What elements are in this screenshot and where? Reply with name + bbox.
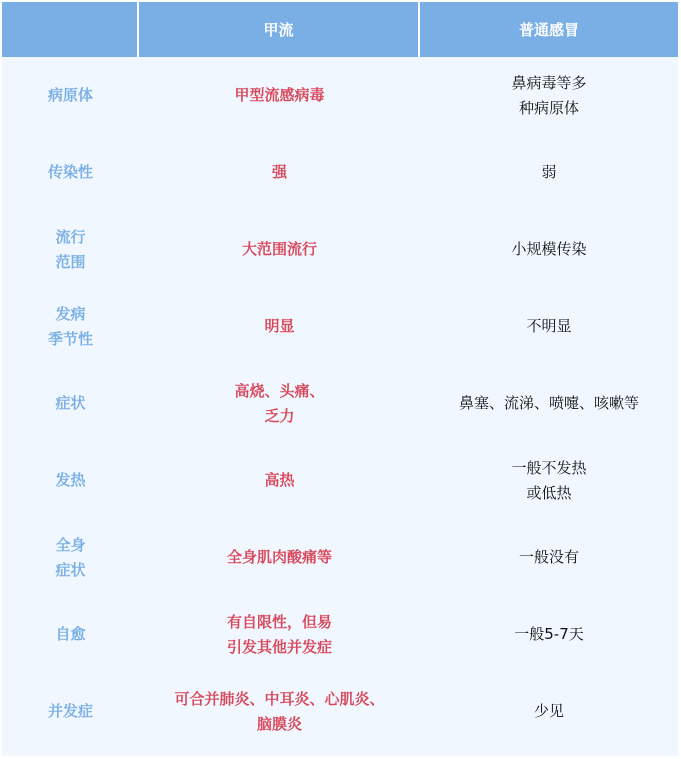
header-cold: 普通感冒 [420,2,678,57]
row-label: 全身 症状 [2,519,139,596]
row-label: 发热 [2,442,139,519]
header-flu: 甲流 [139,2,420,57]
cold-value: 一般不发热 或低热 [420,442,678,519]
row-label: 症状 [2,365,139,442]
flu-value: 甲型流感病毒 [139,57,420,134]
row-label: 自愈 [2,596,139,673]
table-row: 发热 高热 一般不发热 或低热 [2,442,678,519]
table-row: 症状 高烧、头痛、 乏力 鼻塞、流涕、喷嚏、咳嗽等 [2,365,678,442]
table-row: 流行 范围 大范围流行 小规模传染 [2,211,678,288]
table-row: 全身 症状 全身肌肉酸痛等 一般没有 [2,519,678,596]
flu-value: 可合并肺炎、中耳炎、心肌炎、 脑膜炎 [139,673,420,750]
cold-value: 一般没有 [420,519,678,596]
cold-value: 鼻塞、流涕、喷嚏、咳嗽等 [420,365,678,442]
flu-value: 全身肌肉酸痛等 [139,519,420,596]
cold-value: 弱 [420,134,678,211]
cold-value: 一般5-7天 [420,596,678,673]
row-label: 传染性 [2,134,139,211]
cold-value: 不明显 [420,288,678,365]
row-label: 并发症 [2,673,139,750]
cold-value: 鼻病毒等多 种病原体 [420,57,678,134]
flu-value: 有自限性，但易 引发其他并发症 [139,596,420,673]
header-empty [2,2,139,57]
cold-value: 少见 [420,673,678,750]
table-row: 传染性 强 弱 [2,134,678,211]
row-label: 发病 季节性 [2,288,139,365]
table-row: 自愈 有自限性，但易 引发其他并发症 一般5-7天 [2,596,678,673]
table-row: 病原体 甲型流感病毒 鼻病毒等多 种病原体 [2,57,678,134]
comparison-table: 甲流 普通感冒 病原体 甲型流感病毒 鼻病毒等多 种病原体 传染性 强 弱 流行… [2,2,678,756]
row-label: 流行 范围 [2,211,139,288]
cold-value: 小规模传染 [420,211,678,288]
table-row: 发病 季节性 明显 不明显 [2,288,678,365]
flu-value: 高烧、头痛、 乏力 [139,365,420,442]
flu-value: 强 [139,134,420,211]
flu-value: 大范围流行 [139,211,420,288]
table-row: 并发症 可合并肺炎、中耳炎、心肌炎、 脑膜炎 少见 [2,673,678,750]
table-header: 甲流 普通感冒 [2,2,678,57]
flu-value: 高热 [139,442,420,519]
flu-value: 明显 [139,288,420,365]
row-label: 病原体 [2,57,139,134]
